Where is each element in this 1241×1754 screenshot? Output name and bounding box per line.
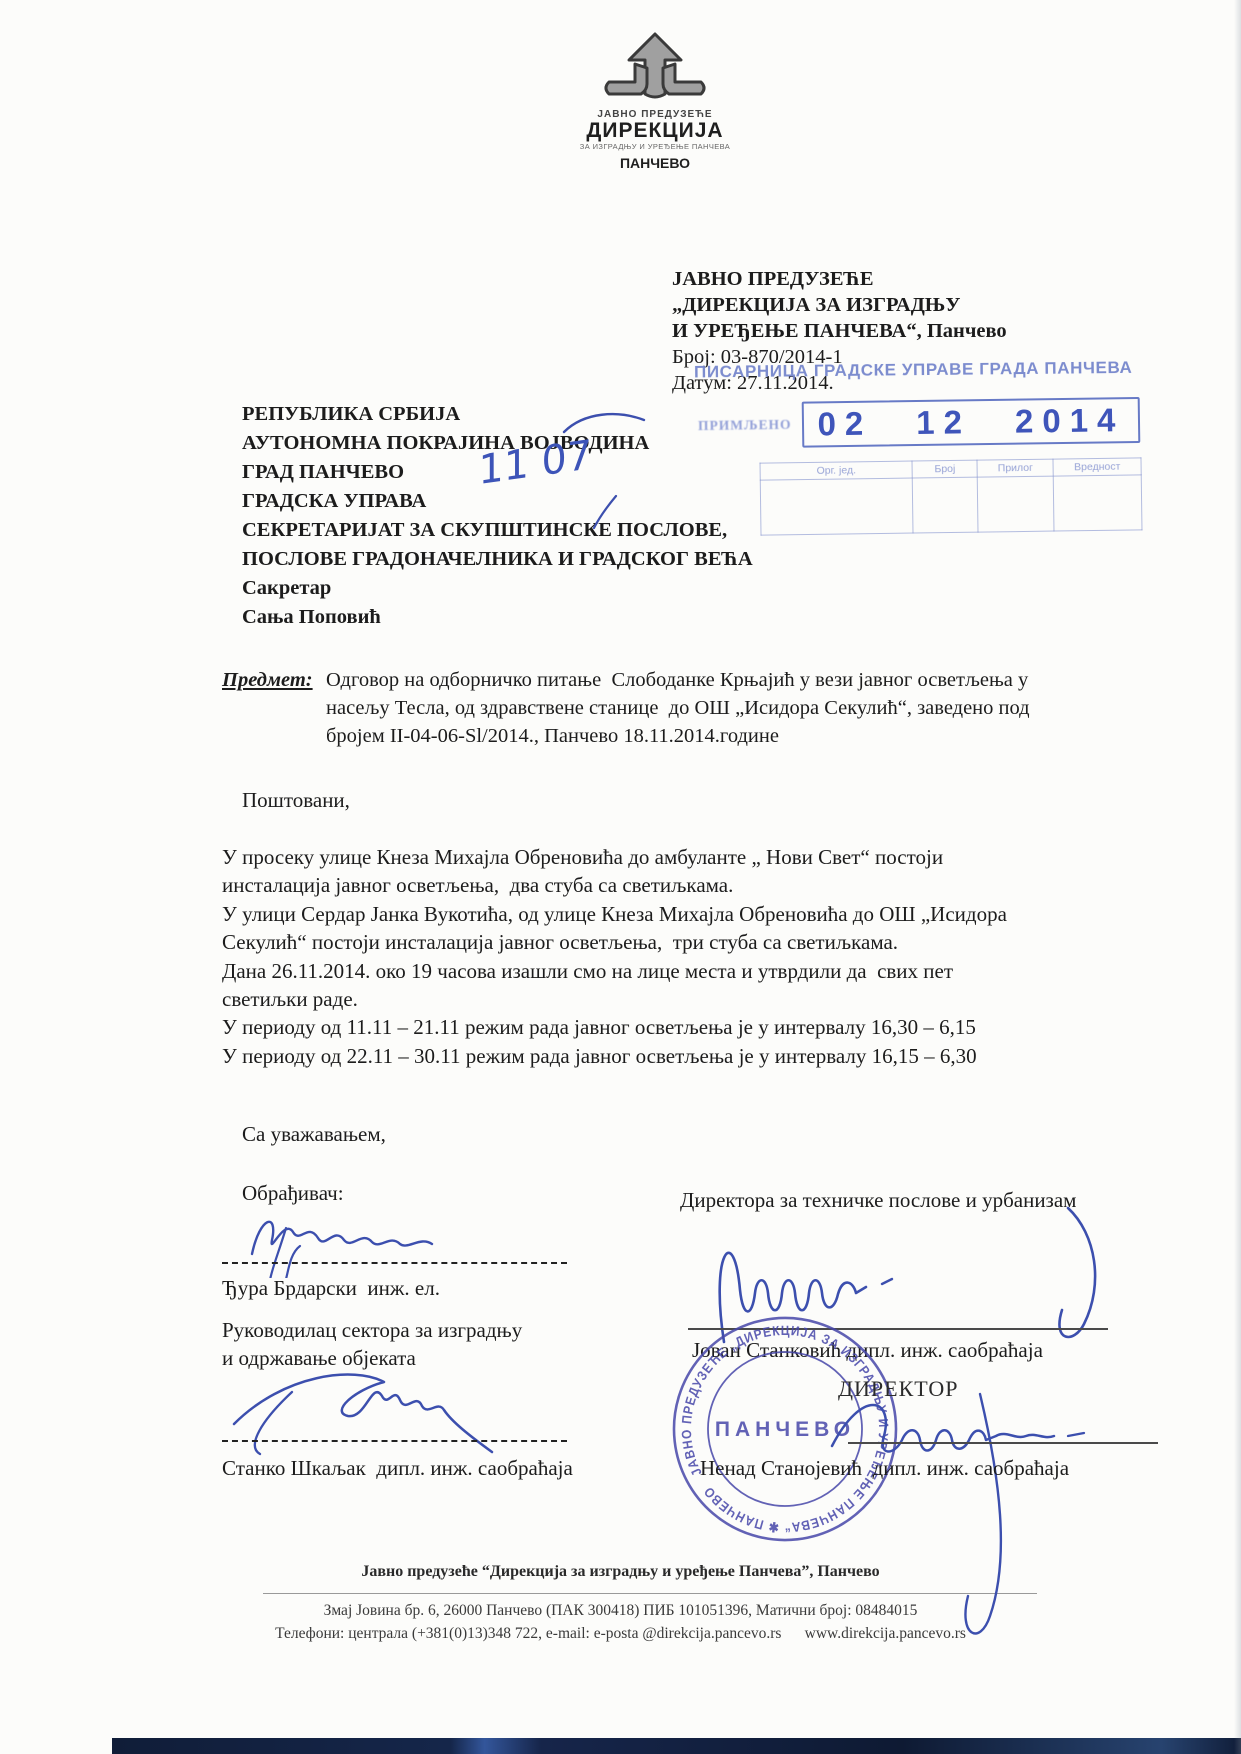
processor-signature-line (222, 1262, 567, 1264)
scan-edge-artifact (112, 1738, 1241, 1754)
subject-row: Предмет: Одговор на одборничко питање Сл… (222, 666, 1034, 750)
registry-stamp-received-row: ПРИМЉЕНО 02 12 2014 (698, 397, 1141, 449)
received-day: 02 (817, 405, 872, 444)
subject-label: Предмет: (222, 666, 314, 750)
signature-djura-brdarski (238, 1198, 548, 1278)
received-month: 12 (916, 403, 971, 442)
logo-name: ДИРЕКЦИЈА (520, 120, 790, 142)
received-year: 2014 (1015, 401, 1125, 441)
sector-head-signature-line (222, 1440, 567, 1442)
processor-name: Ђура Брдарски инж. ел. (222, 1276, 440, 1301)
director-name: Ненад Станојевић дипл. инж. саобраћаја (700, 1456, 1069, 1481)
body-paragraph-1: У просеку улице Кнеза Михајла Обреновића… (222, 843, 1028, 900)
signature-nenad-stanojevic (820, 1358, 1180, 1658)
logo-subtitle: ЗА ИЗГРАДЊУ И УРЕЂЕЊЕ ПАНЧЕВА (520, 142, 790, 151)
stamp-col-attachment: Прилог (977, 459, 1053, 477)
letterhead-line2: „ДИРЕКЦИЈА ЗА ИЗГРАДЊУ (672, 292, 1132, 318)
stamp-col-org: Орг. јед. (760, 461, 913, 480)
stamp-col-number: Број (912, 460, 977, 478)
closing-phrase: Са уважавањем, (242, 1122, 386, 1147)
signature-stanko-skaljak (226, 1352, 556, 1467)
registry-stamp-table: Орг. јед. Број Прилог Вредност (760, 457, 1143, 535)
subject-text: Одговор на одборничко питање Слободанке … (326, 666, 1034, 750)
sector-head-label-line1: Руководилац сектора за изградњу (222, 1316, 522, 1344)
recipient-line-secretary-title: Сакретар (242, 574, 842, 603)
letterhead-line3: И УРЕЂЕЊЕ ПАНЧЕВА“, Панчево (672, 318, 1132, 344)
recipient-line-administration: ГРАДСКА УПРАВА (242, 487, 842, 516)
received-label: ПРИМЉЕНО (698, 417, 792, 434)
letterhead-line1: ЈАВНО ПРЕДУЗЕЋЕ (672, 266, 1132, 292)
ink-tick-mark (588, 492, 624, 532)
company-logo: ЈАВНО ПРЕДУЗЕЋЕ ДИРЕКЦИЈА ЗА ИЗГРАДЊУ И … (520, 30, 790, 171)
body-paragraph-4: У периоду од 11.11 – 21.11 режим рада ја… (222, 1013, 1028, 1041)
director-signature-line (848, 1442, 1158, 1444)
body-paragraph-3: Дана 26.11.2014. око 19 часова изашли см… (222, 957, 1028, 1014)
stamp-col-value: Вредност (1053, 458, 1141, 476)
sector-head-name: Станко Шкаљак дипл. инж. саобраћаја (222, 1456, 573, 1481)
body-paragraph-2: У улици Сердар Јанка Вукотића, од улице … (222, 900, 1028, 957)
letter-body: У просеку улице Кнеза Михајла Обреновића… (222, 843, 1028, 1070)
logo-city: ПАНЧЕВО (520, 155, 790, 171)
body-paragraph-5: У периоду од 22.11 – 30.11 режим рада ја… (222, 1042, 1028, 1070)
salutation: Поштовани, (242, 788, 350, 813)
recipient-line-secretariat-1: СЕКРЕТАРИЈАТ ЗА СКУПШТИНСКЕ ПОСЛОВЕ, (242, 516, 842, 545)
recipient-line-secretary-name: Сања Поповић (242, 603, 842, 632)
recipient-line-secretariat-2: ПОСЛОВЕ ГРАДОНАЧЕЛНИКА И ГРАДСКОГ ВЕЋА (242, 545, 842, 574)
received-date-box: 02 12 2014 (801, 397, 1140, 448)
scanned-letter-page: ЈАВНО ПРЕДУЗЕЋЕ ДИРЕКЦИЈА ЗА ИЗГРАДЊУ И … (0, 0, 1241, 1754)
logo-arrow-icon (595, 30, 715, 102)
ink-scribble-mark (560, 408, 650, 442)
